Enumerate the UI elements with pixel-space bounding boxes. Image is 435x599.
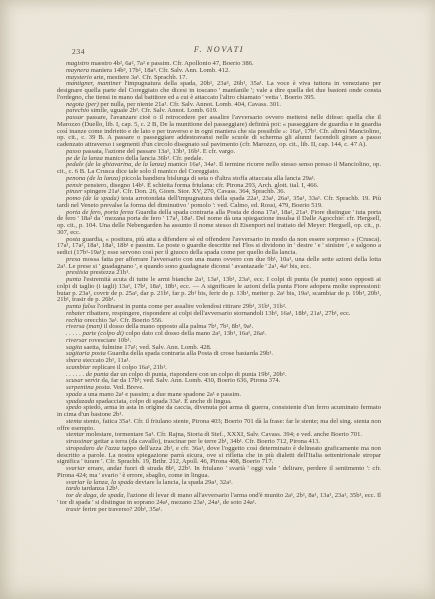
book-page: 234 F. NOVATI magistro maestro 4b², 6a²,… <box>0 0 435 599</box>
glossary-entry: tor de daga, de spada, l'azione di levar… <box>57 493 381 507</box>
entry-definition: Guardia della spada contraria alla Posta… <box>106 350 273 357</box>
glossary-entry: spedo spiedo, arma in asta in origine da… <box>57 405 381 419</box>
entry-definition: guardia, « positura, più atta a difender… <box>57 236 381 257</box>
glossary-entry: punta l'estremità acuta di tutte le armi… <box>57 277 381 304</box>
glossary-entry: presa mossa fatta per afferrare l'avvers… <box>57 257 381 271</box>
entry-definition: passare, l'avanzare cioè o il retroceder… <box>57 114 381 148</box>
page-header: 234 F. NOVATI <box>57 45 381 59</box>
glossary-entry: porta de fero, porta ferea Guardia della… <box>57 210 381 237</box>
glossary-entry: pomo (de la spada) testa arrotondata del… <box>57 196 381 210</box>
glossary-entry: trasir ferire per traverso? 20b¹, 35a¹. <box>57 507 381 514</box>
entry-lemma: trasir <box>66 506 81 513</box>
entry-definition: l'estremità acuta di tutte le armi bianc… <box>57 276 381 303</box>
entry-definition: errare, andar fuori di strada 8b¹, 22b¹.… <box>57 465 381 479</box>
glossary-entry: stenta stento, fatica 35a¹. Cfr. il friu… <box>57 419 381 433</box>
entry-definition: spiedo, arma in asta in origine da cacci… <box>57 404 381 418</box>
glossary-entry: stropedaro de l'azza tappo dell'azza 2b¹… <box>57 446 381 466</box>
entry-definition: ferire per traverso? 20b¹, 35a¹. <box>81 506 163 513</box>
glossary-entry: mantigner, mantiner l'impugnatura della … <box>57 81 381 101</box>
page-number: 234 <box>72 47 85 56</box>
glossary-entry: passar passare, l'avanzare cioè o il ret… <box>57 115 381 149</box>
glossary-entry: pedale (de la ghiavarina, de la lanza) m… <box>57 162 381 176</box>
glossary-text: magistro maestro 4b², 6a², 7a² e passim.… <box>57 61 381 513</box>
entry-definition: stento, fatica 35a¹. Cfr. il friulano st… <box>57 418 381 432</box>
glossary-entry: posta guardia, « positura, più atta a di… <box>57 237 381 257</box>
glossary-entry: svariar errare, andar fuori di strada 8b… <box>57 466 381 480</box>
entry-definition: mossa fatta per afferrare l'avversario c… <box>57 256 381 270</box>
entry-definition: deviare la lancia, la spada 29a¹, 32a¹. <box>134 479 233 486</box>
running-title: F. NOVATI <box>194 45 244 54</box>
entry-definition: colpo dato col dosso della mano 2a¹, 13b… <box>124 330 267 337</box>
